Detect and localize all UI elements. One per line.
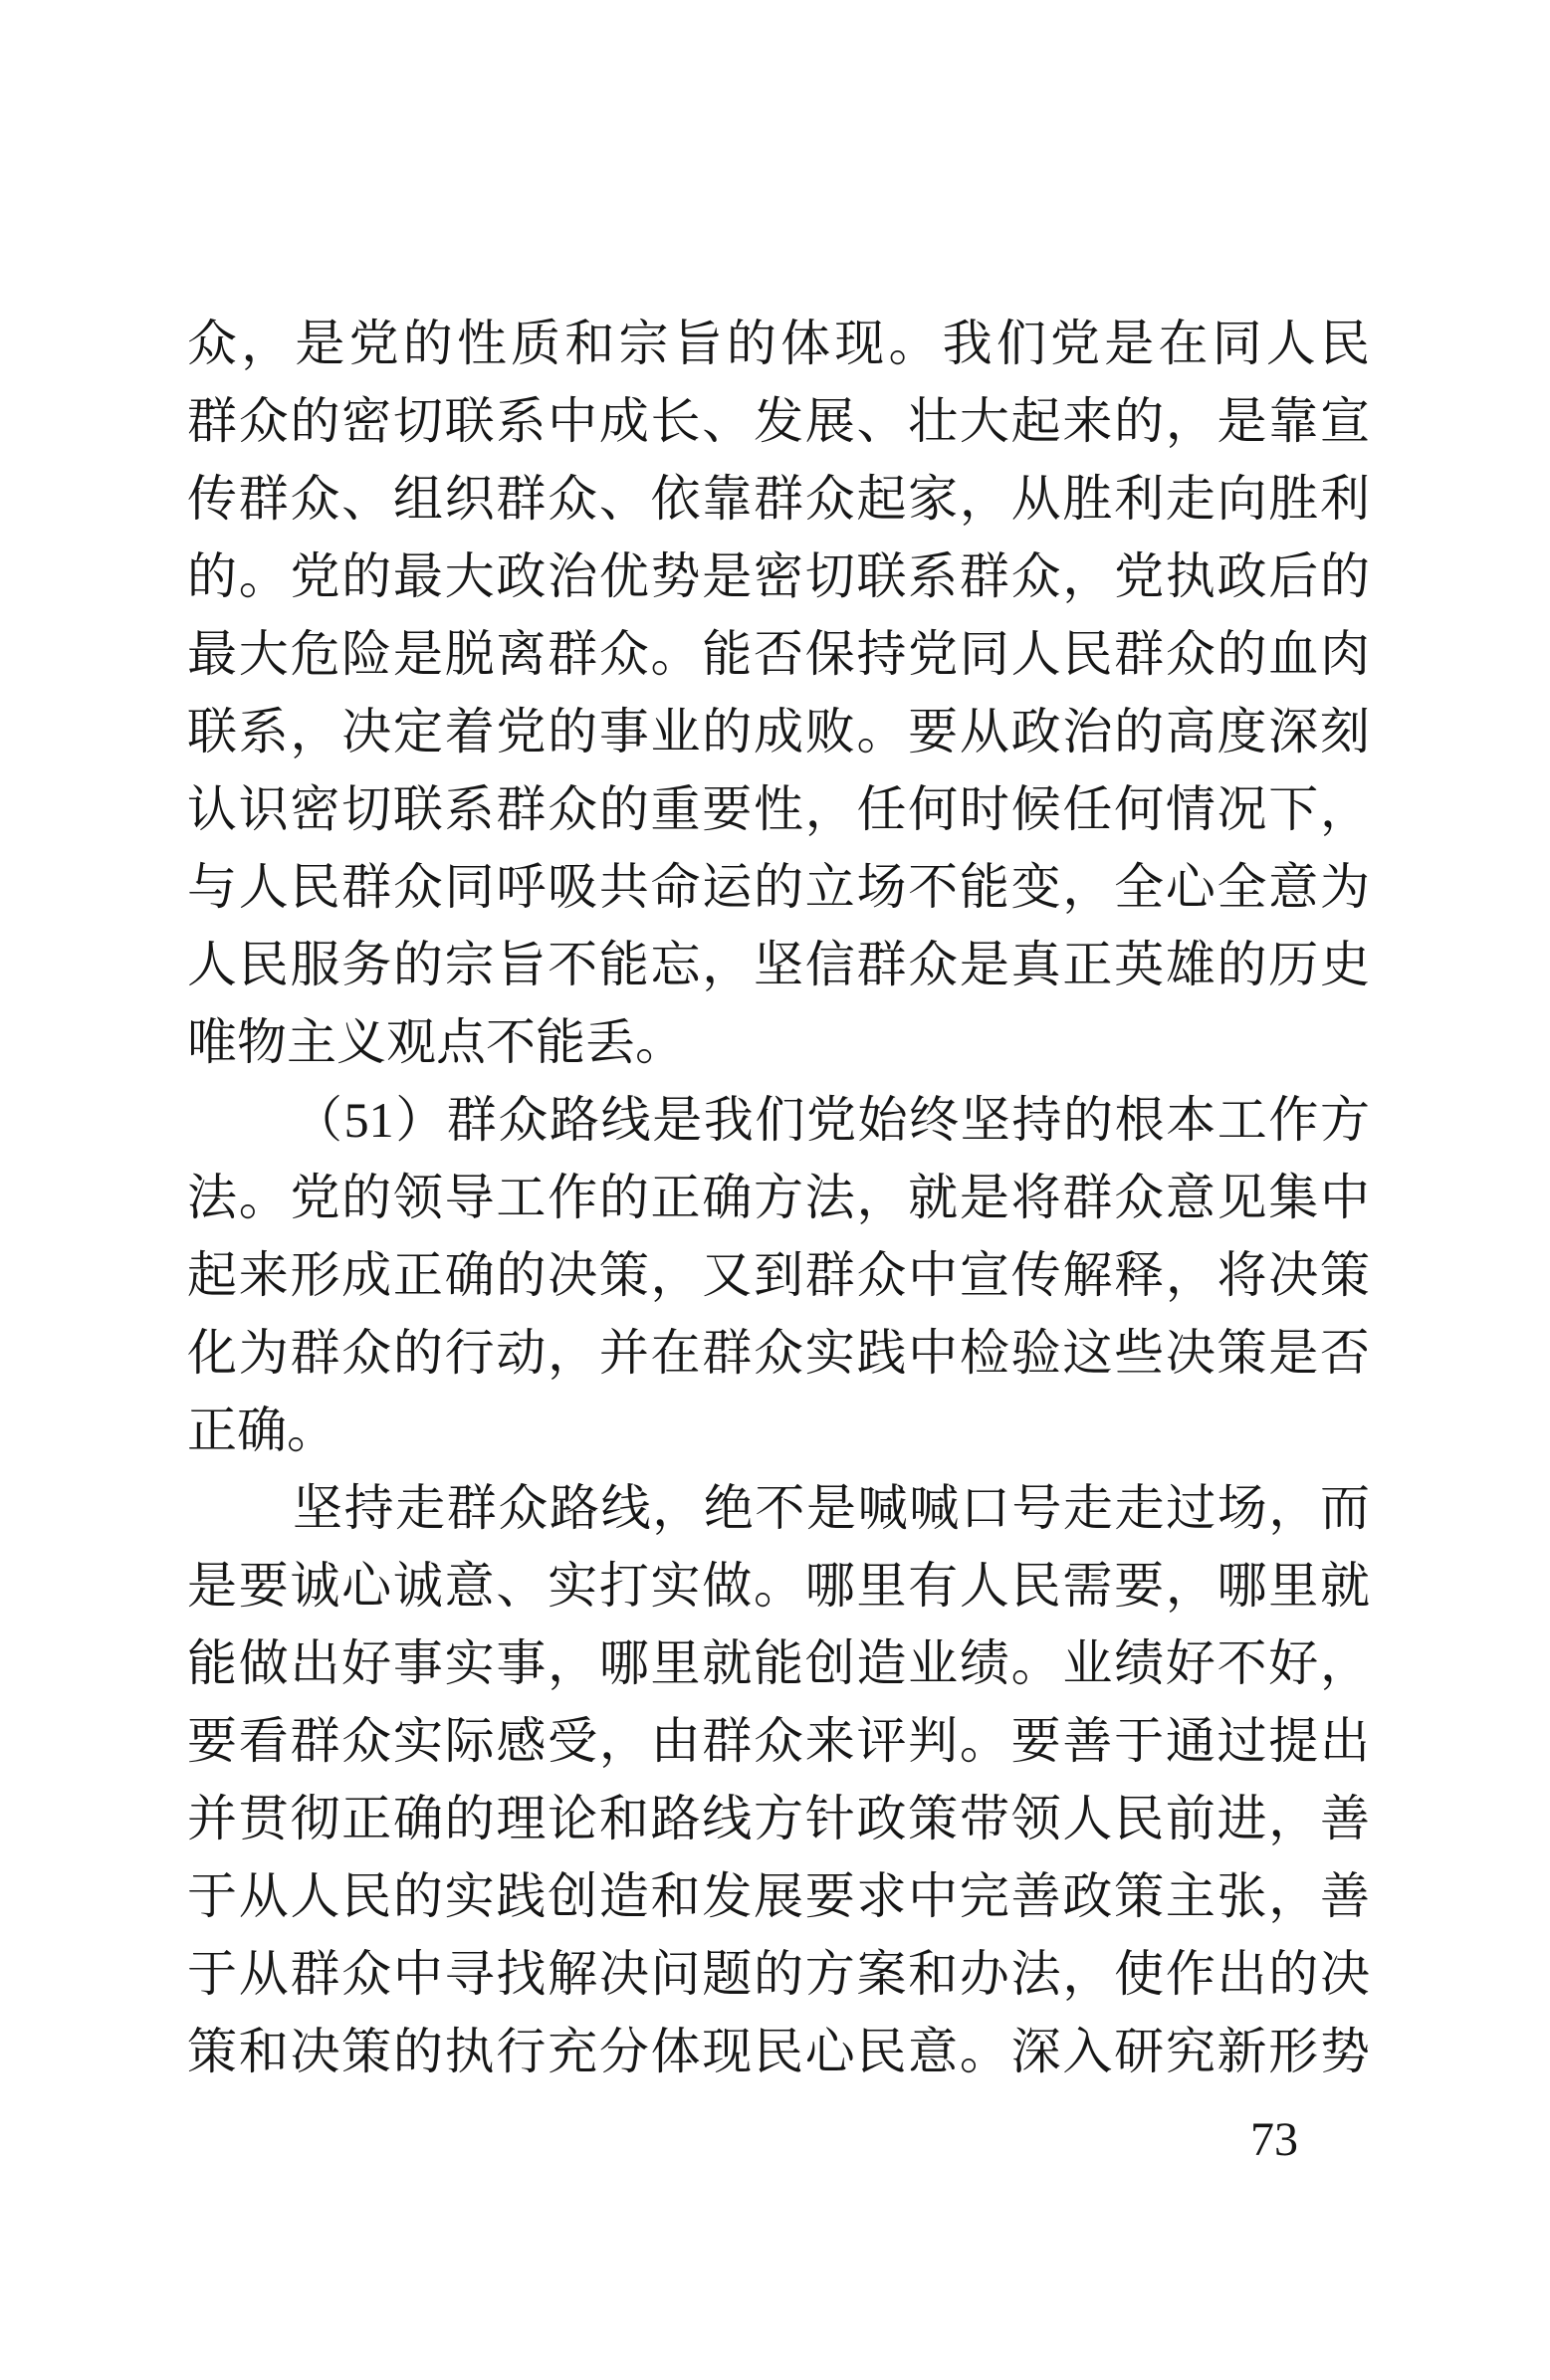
text-line: 人民服务的宗旨不能忘，坚信群众是真正英雄的历史 bbox=[187, 926, 1370, 1003]
text-line: 是要诚心诚意、实打实做。哪里有人民需要，哪里就 bbox=[187, 1547, 1370, 1624]
text-line: （51）群众路线是我们党始终坚持的根本工作方 bbox=[187, 1081, 1370, 1159]
text-line: 法。党的领导工作的正确方法，就是将群众意见集中 bbox=[187, 1159, 1370, 1236]
book-page: 众，是党的性质和宗旨的体现。我们党是在同人民 群众的密切联系中成长、发展、壮大起… bbox=[0, 0, 1550, 2380]
page-number: 73 bbox=[1250, 2114, 1310, 2166]
text-line: 联系，决定着党的事业的成败。要从政治的高度深刻 bbox=[187, 693, 1370, 770]
text-line: 群众的密切联系中成长、发展、壮大起来的，是靠宣 bbox=[187, 382, 1370, 460]
text-line: 并贯彻正确的理论和路线方针政策带领人民前进，善 bbox=[187, 1780, 1370, 1857]
text-line: 传群众、组织群众、依靠群众起家，从胜利走向胜利 bbox=[187, 460, 1370, 538]
text-line: 起来形成正确的决策，又到群众中宣传解释，将决策 bbox=[187, 1236, 1370, 1314]
text-line: 于从群众中寻找解决问题的方案和办法，使作出的决 bbox=[187, 1935, 1370, 2013]
text-line: 坚持走群众路线，绝不是喊喊口号走走过场，而 bbox=[187, 1469, 1370, 1547]
text-line: 众，是党的性质和宗旨的体现。我们党是在同人民 bbox=[187, 305, 1370, 382]
text-line: 唯物主义观点不能丢。 bbox=[187, 1003, 1370, 1081]
text-line: 能做出好事实事，哪里就能创造业绩。业绩好不好， bbox=[187, 1624, 1370, 1702]
text-line: 于从人民的实践创造和发展要求中完善政策主张，善 bbox=[187, 1857, 1370, 1935]
text-line: 与人民群众同呼吸共命运的立场不能变，全心全意为 bbox=[187, 848, 1370, 926]
text-line: 的。党的最大政治优势是密切联系群众，党执政后的 bbox=[187, 538, 1370, 615]
text-line: 要看群众实际感受，由群众来评判。要善于通过提出 bbox=[187, 1702, 1370, 1780]
text-line: 最大危险是脱离群众。能否保持党同人民群众的血肉 bbox=[187, 615, 1370, 693]
text-line: 正确。 bbox=[187, 1392, 1370, 1469]
text-line: 认识密切联系群众的重要性，任何时候任何情况下， bbox=[187, 770, 1370, 848]
page-text: 众，是党的性质和宗旨的体现。我们党是在同人民 群众的密切联系中成长、发展、壮大起… bbox=[187, 305, 1370, 2090]
text-line: 化为群众的行动，并在群众实践中检验这些决策是否 bbox=[187, 1314, 1370, 1392]
text-line: 策和决策的执行充分体现民心民意。深入研究新形势 bbox=[187, 2013, 1370, 2090]
